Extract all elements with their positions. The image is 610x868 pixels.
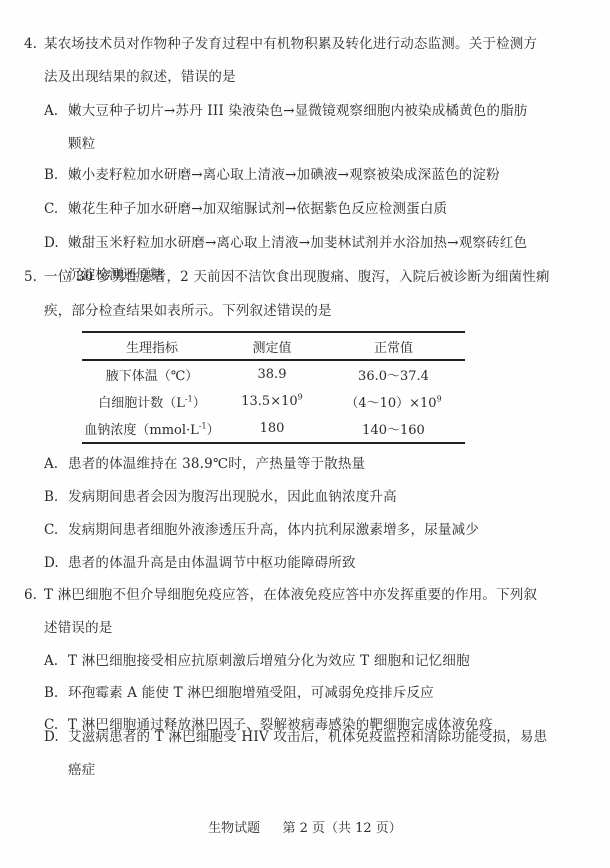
table-header-normal: 正常值	[322, 332, 465, 360]
question-stem-line: 一位 30 岁男性患者，2 天前因不洁饮食出现腹痛、腹泻，入院后被诊断为细菌性痢	[44, 268, 550, 286]
question-stem-line: T 淋巴细胞不但介导细胞免疫应答，在体液免疫应答中亦发挥重要的作用。下列叙	[44, 586, 537, 604]
option-text: 嫩花生种子加水研磨→加双缩脲试剂→依据紫色反应检测蛋白质	[68, 200, 447, 218]
option-text: 患者的体温维持在 38.9℃时，产热量等于散热量	[68, 455, 365, 473]
lab-results-table: 生理指标 测定值 正常值 腋下体温（℃） 38.9 36.0～37.4 白细胞计…	[82, 331, 465, 444]
table-header-row: 生理指标 测定值 正常值	[82, 332, 465, 360]
table-cell-normal: 140～160	[322, 415, 465, 443]
table-header-measured: 测定值	[222, 332, 322, 360]
question-number: 4.	[24, 35, 37, 53]
option-text: 嫩小麦籽粒加水研磨→离心取上清液→加碘液→观察被染成深蓝色的淀粉	[68, 166, 500, 184]
option-label: B.	[44, 488, 58, 506]
table-cell-measured: 13.5×109	[222, 388, 322, 415]
option-text: 嫩甜玉米籽粒加水研磨→离心取上清液→加斐林试剂并水浴加热→观察砖红色	[68, 234, 527, 252]
footer-page-number: 第 2 页（共 12 页）	[282, 821, 401, 836]
question-stem-line: 法及出现结果的叙述，错误的是	[44, 68, 236, 86]
table-cell-indicator: 白细胞计数（L-1）	[82, 388, 222, 415]
table-cell-normal: 36.0～37.4	[322, 360, 465, 388]
option-text: 艾滋病患者的 T 淋巴细胞受 HIV 攻击后，机体免疫监控和清除功能受损，易患	[68, 728, 547, 746]
question-stem-line: 述错误的是	[44, 619, 113, 637]
option-label: A.	[44, 102, 58, 120]
question-number: 6.	[24, 586, 37, 604]
option-label: B.	[44, 166, 58, 184]
option-text: 发病期间患者细胞外液渗透压升高，体内抗利尿激素增多，尿量减少	[68, 521, 479, 539]
option-text: 发病期间患者会因为腹泻出现脱水，因此血钠浓度升高	[68, 488, 397, 506]
option-label: A.	[44, 652, 58, 670]
table-header-indicator: 生理指标	[82, 332, 222, 360]
question-stem-line: 疾，部分检查结果如表所示。下列叙述错误的是	[44, 302, 332, 320]
table-cell-indicator: 腋下体温（℃）	[82, 360, 222, 388]
table-cell-indicator: 血钠浓度（mmol·L-1）	[82, 415, 222, 443]
option-label: D.	[44, 728, 59, 746]
option-text: 环孢霉素 A 能使 T 淋巴细胞增殖受阻，可减弱免疫排斥反应	[68, 684, 434, 702]
footer-subject: 生物试题	[208, 821, 260, 836]
option-label: C.	[44, 521, 58, 539]
option-label: C.	[44, 200, 58, 218]
table-cell-measured: 38.9	[222, 360, 322, 388]
page-footer: 生物试题 第 2 页（共 12 页）	[0, 820, 610, 838]
table-cell-normal: （4～10）×109	[322, 388, 465, 415]
option-text: 嫩大豆种子切片→苏丹 III 染液染色→显微镜观察细胞内被染成橘黄色的脂肪	[68, 102, 528, 120]
exam-page: 4. 某农场技术员对作物种子发育过程中有机物积累及转化进行动态监测。关于检测方 …	[0, 0, 610, 868]
table-row: 血钠浓度（mmol·L-1） 180 140～160	[82, 415, 465, 443]
table-row: 腋下体温（℃） 38.9 36.0～37.4	[82, 360, 465, 388]
question-number: 5.	[24, 268, 37, 286]
option-label: D.	[44, 554, 59, 572]
table-row: 白细胞计数（L-1） 13.5×109 （4～10）×109	[82, 388, 465, 415]
option-label: A.	[44, 455, 58, 473]
option-label: B.	[44, 684, 58, 702]
option-text: 患者的体温升高是由体温调节中枢功能障碍所致	[68, 554, 356, 572]
question-stem-line: 某农场技术员对作物种子发育过程中有机物积累及转化进行动态监测。关于检测方	[44, 35, 537, 53]
table-cell-measured: 180	[222, 415, 322, 443]
option-text: 癌症	[68, 761, 95, 779]
option-label: D.	[44, 234, 59, 252]
option-text: T 淋巴细胞接受相应抗原刺激后增殖分化为效应 T 细胞和记忆细胞	[68, 652, 470, 670]
option-text: 颗粒	[68, 135, 95, 153]
